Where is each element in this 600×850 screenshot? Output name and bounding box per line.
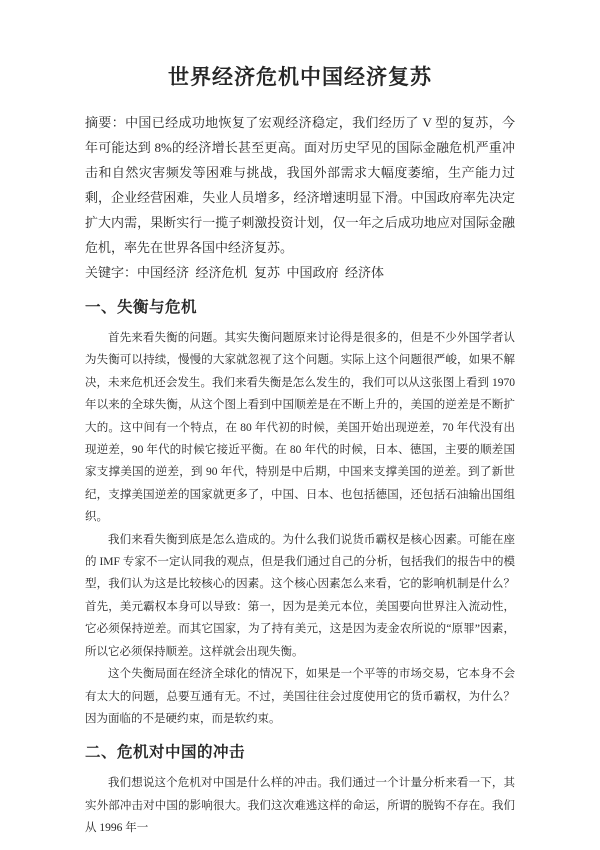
abstract-text: 中国已经成功地恢复了宏观经济稳定，我们经历了 V 型的复苏，今年可能达到 8%的… [85,115,515,255]
section-heading-1: 一、失衡与危机 [85,297,515,318]
keywords-text: 中国经济 经济危机 复苏 中国政府 经济体 [137,265,384,280]
keywords-line: 关键字：中国经济 经济危机 复苏 中国政府 经济体 [85,260,515,285]
page-title: 世界经济危机中国经济复苏 [85,62,515,92]
body-paragraph: 这个失衡局面在经济全球化的情况下，如果是一个平等的市场交易，它本身不会有太大的问… [85,663,515,730]
abstract-paragraph: 摘要：中国已经成功地恢复了宏观经济稳定，我们经历了 V 型的复苏，今年可能达到 … [85,110,515,260]
body-paragraph: 我们来看失衡到底是怎么造成的。为什么我们说货币霸权是核心因素。可能在座的 IMF… [85,529,515,663]
body-paragraph: 首先来看失衡的问题。其实失衡问题原来讨论得是很多的，但是不少外国学者认为失衡可以… [85,327,515,529]
document-page: 世界经济危机中国经济复苏 摘要：中国已经成功地恢复了宏观经济稳定，我们经历了 V… [0,0,600,850]
section-heading-2: 二、危机对中国的冲击 [85,742,515,763]
body-paragraph: 我们想说这个危机对中国是什么样的冲击。我们通过一个计量分析来看一下，其实外部冲击… [85,772,515,839]
keywords-label: 关键字： [85,265,137,280]
abstract-label: 摘要： [85,115,125,130]
